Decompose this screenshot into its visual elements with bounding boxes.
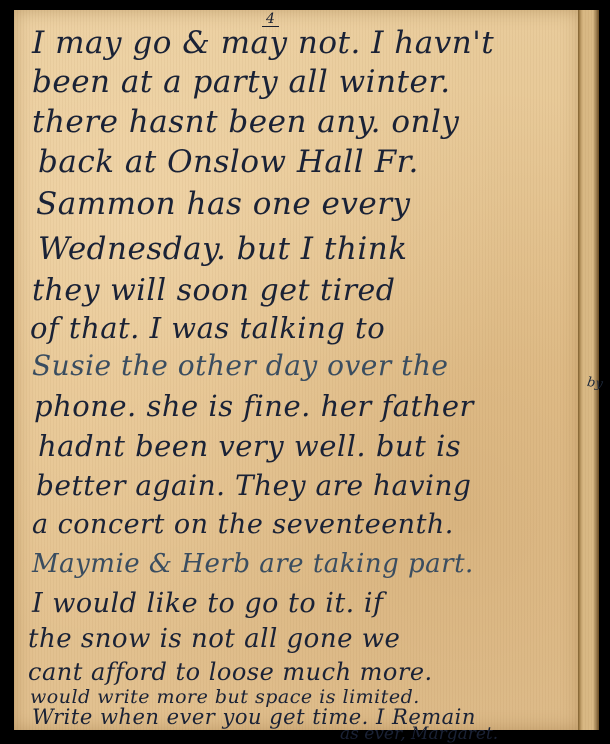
letter-line: I may go & may not. I havn't: [32, 28, 494, 59]
letter-body: I may go & may not. I havn't been at a p…: [0, 0, 610, 744]
letter-line: of that. I was talking to: [30, 314, 385, 343]
letter-line: Susie the other day over the: [32, 352, 449, 380]
letter-line: I would like to go to it. if: [32, 590, 383, 617]
letter-line: hadnt been very well. but is: [38, 432, 461, 461]
letter-line: Maymie & Herb are taking part.: [32, 551, 474, 577]
letter-line: they will soon get tired: [32, 276, 396, 306]
scan-frame: by 4 I may go & may not. I havn't been a…: [0, 0, 610, 744]
letter-line: a concert on the seventeenth.: [32, 511, 454, 538]
letter-line: the snow is not all gone we: [28, 626, 400, 652]
letter-line: better again. They are having: [36, 472, 471, 500]
letter-line: been at a party all winter.: [32, 67, 451, 98]
letter-line: back at Onslow Hall Fr.: [38, 147, 419, 178]
letter-line: phone. she is fine. her father: [34, 392, 474, 421]
letter-line: cant afford to loose much more.: [28, 660, 433, 684]
letter-line: Wednesday. but I think: [38, 234, 407, 265]
letter-line: there hasnt been any. only: [32, 107, 459, 138]
letter-line: Sammon has one every: [36, 189, 411, 220]
letter-closing-signature: as ever, Margaret.: [340, 726, 498, 743]
